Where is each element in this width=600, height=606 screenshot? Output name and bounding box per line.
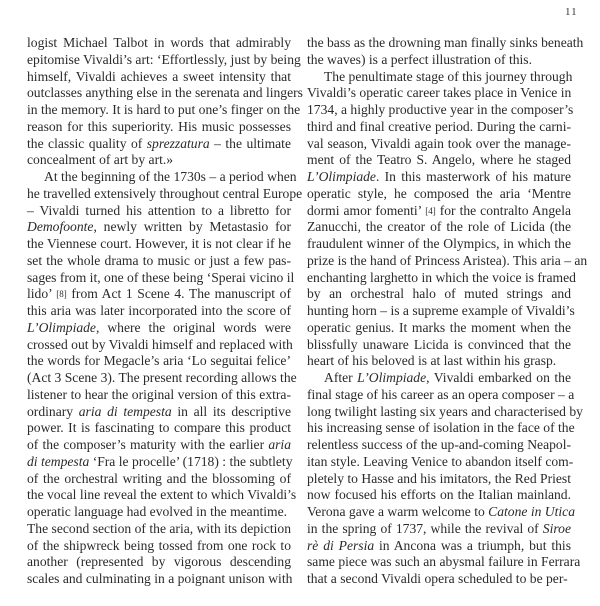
text-line: himself, Vivaldi achieves a sweet intens…	[27, 69, 291, 86]
text-line: sages from it, one of these being ‘Spera…	[27, 270, 291, 287]
text-line: logist Michael Talbot in words that admi…	[27, 35, 291, 52]
text-line: After L’Olimpiade, Vivaldi embarked on t…	[307, 370, 571, 387]
text-line: val season, Vivaldi again took over the …	[307, 136, 571, 153]
text-line: (Act 3 Scene 3). The present recording a…	[27, 370, 291, 387]
text-line: The penultimate stage of this journey th…	[307, 69, 571, 86]
text-line: the Viennese court. However, it is not c…	[27, 236, 291, 253]
text-line: heart of his beloved is at last within h…	[307, 353, 571, 370]
text-line: Demofoonte, newly written by Metastasio …	[27, 219, 291, 236]
right-text-column: the bass as the drowning man finally sin…	[307, 35, 571, 588]
text-line: the bass as the drowning man finally sin…	[307, 35, 571, 52]
text-line: 1734, a highly productive year in the co…	[307, 102, 571, 119]
text-line: his increasing sense of isolation in the…	[307, 420, 571, 437]
text-line: the waves) is a perfect illustration of …	[307, 52, 571, 69]
text-line: outclasses anything else in the serenata…	[27, 85, 291, 102]
text-line: concealment of art by art.»	[27, 152, 291, 169]
text-line: At the beginning of the 1730s – a period…	[27, 169, 291, 186]
text-line: fraudulent winner of the Olympics, in wh…	[307, 236, 571, 253]
text-line: operatic language had evolved in the mea…	[27, 504, 291, 521]
text-line: this aria was later incorporated into th…	[27, 303, 291, 320]
text-line: of the shipwreck being tossed from one r…	[27, 538, 291, 555]
text-line: prize is the hand of Princess Aristea). …	[307, 253, 571, 270]
text-line: by an orchestral halo of muted strings a…	[307, 286, 571, 303]
text-line: he travelled extensively throughout cent…	[27, 186, 291, 203]
text-line: set the whole drama to music or just a f…	[27, 253, 291, 270]
text-line: L’Olimpiade, where the original words we…	[27, 320, 291, 337]
text-line: power. It is fascinating to compare this…	[27, 420, 291, 437]
text-line: hunting horn – is a supreme example of V…	[307, 303, 571, 320]
text-line: epitomise Vivaldi’s art: ‘Effortlessly, …	[27, 52, 291, 69]
text-line: L’Olimpiade. In this masterwork of his m…	[307, 169, 571, 186]
text-line: pletely to Hasse and his imitators, the …	[307, 471, 571, 488]
text-line: same piece was such an abysmal failure i…	[307, 554, 571, 571]
text-line: itan style. Leaving Venice to abandon it…	[307, 454, 571, 471]
text-line: long twilight lasting six years and char…	[307, 404, 571, 421]
text-line: another (represented by vigorous descend…	[27, 554, 291, 571]
text-line: Vivaldi’s operatic career takes place in…	[307, 85, 571, 102]
text-line: of the composer’s maturity with the earl…	[27, 437, 291, 454]
text-line: of the orchestral writing and the blosso…	[27, 471, 291, 488]
text-line: rè di Persia in Ancona was a triumph, bu…	[307, 538, 571, 555]
text-line: in the memory. It is hard to put one’s f…	[27, 102, 291, 119]
text-line: the vocal line reveal the extent to whic…	[27, 487, 291, 504]
text-line: lido’ [8] from Act 1 Scene 4. The manusc…	[27, 286, 291, 303]
text-line: listener to hear the original version of…	[27, 387, 291, 404]
text-line: operatic genius. It marks the moment whe…	[307, 320, 571, 337]
text-line: operatic style, he composed the aria ‘Me…	[307, 186, 571, 203]
text-line: di tempesta ‘Fra le procelle’ (1718) : t…	[27, 454, 291, 471]
text-line: in the spring of 1737, while the revival…	[307, 521, 571, 538]
text-line: blissfully unaware Licida is convinced t…	[307, 337, 571, 354]
text-line: scales and culminating in a poignant uni…	[27, 571, 291, 588]
text-line: enchanting larghetto in which the voice …	[307, 270, 571, 287]
text-line: the words for Megacle’s aria ‘Lo seguita…	[27, 353, 291, 370]
text-line: dormi amor fomenti’ [4] for the contralt…	[307, 203, 571, 220]
text-line: third and final creative period. During …	[307, 119, 571, 136]
text-line: Zanucchi, the creator of the role of Lic…	[307, 219, 571, 236]
text-line: ment of the Teatro S. Angelo, where he s…	[307, 152, 571, 169]
text-line: Verona gave a warm welcome to Catone in …	[307, 504, 571, 521]
left-text-column: logist Michael Talbot in words that admi…	[27, 35, 291, 588]
page-number: 11	[565, 6, 578, 18]
text-line: crossed out by Vivaldi himself and repla…	[27, 337, 291, 354]
text-line: reason for this superiority. His music p…	[27, 119, 291, 136]
text-line: – Vivaldi turned his attention to a libr…	[27, 203, 291, 220]
text-line: the classic quality of sprezzatura – the…	[27, 136, 291, 153]
text-line: final stage of his career as an opera co…	[307, 387, 571, 404]
text-line: relentless success of the up-and-coming …	[307, 437, 571, 454]
text-line: The second section of the aria, with its…	[27, 521, 291, 538]
text-line: ordinary aria di tempesta in all its des…	[27, 404, 291, 421]
track-reference: [8]	[56, 289, 67, 299]
text-line: now focused his efforts on the Italian m…	[307, 487, 571, 504]
track-reference: [4]	[425, 206, 436, 216]
text-line: that a second Vivaldi opera scheduled to…	[307, 571, 571, 588]
